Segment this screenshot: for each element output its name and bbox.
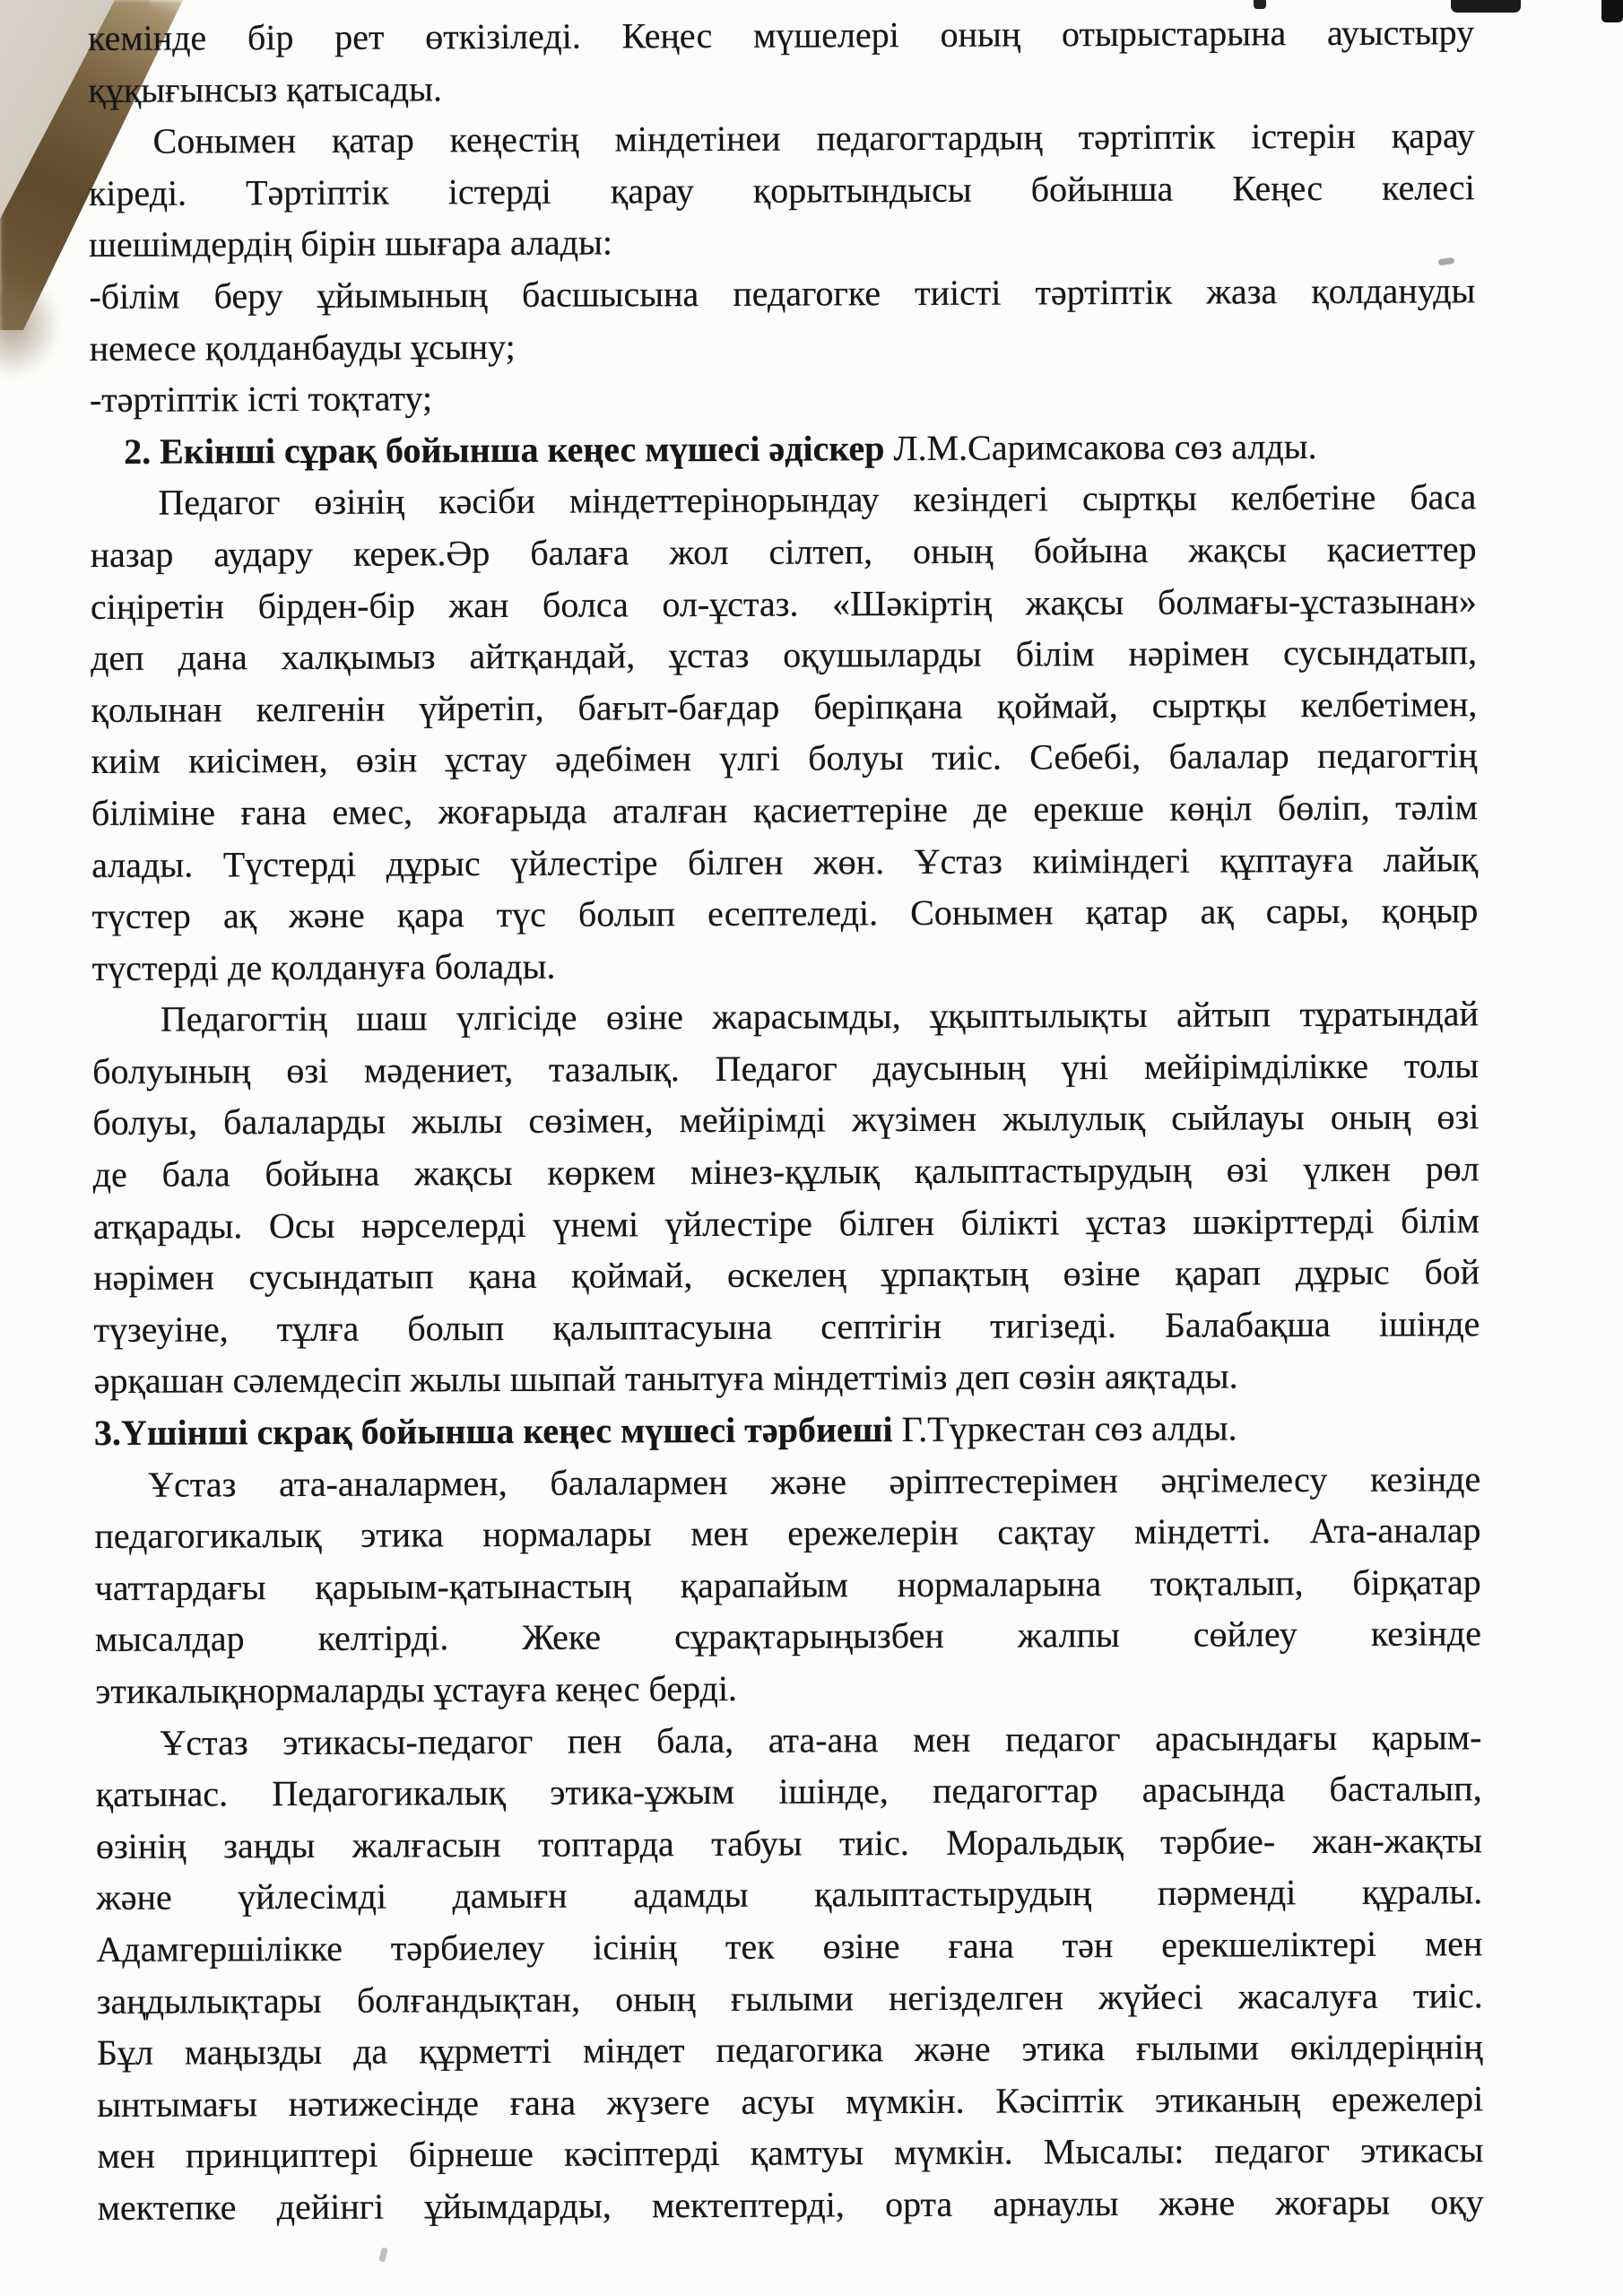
text-line: немесе қолданбауды ұсыну; bbox=[90, 317, 1476, 374]
heading-regular-text: Л.М.Саримсакова сөз алды. bbox=[893, 426, 1316, 468]
text-line: заңдылықтары болғандықтан, оның ғылыми н… bbox=[97, 1970, 1483, 2027]
text-line: чаттардағы қарыым-қатынастың қарапайым н… bbox=[95, 1556, 1481, 1613]
text-line: Адамгершілікке тәрбиелеу ісінің тек өзін… bbox=[96, 1918, 1482, 1975]
heading-line: 2. Екінші сұрақ бойынша кеңес мүшесі әді… bbox=[90, 420, 1476, 477]
text-line: деп дана халқымыз айтқандай, ұстаз оқушы… bbox=[91, 626, 1477, 683]
text-line: назар аудару керек.Әр балаға жол сілтеп,… bbox=[91, 523, 1477, 580]
text-line: мысалдар келтірді. Жеке сұрақтарыңызбен … bbox=[95, 1608, 1481, 1665]
text-line: -тәртіптік істі тоқтату; bbox=[90, 368, 1476, 425]
text-line: мектепке дейінгі ұйымдарды, мектептерді,… bbox=[98, 2176, 1484, 2233]
text-line: -білім беру ұйымының басшысына педагогке… bbox=[89, 265, 1475, 322]
text-line: және үйлесімді дамығн адамды қалыптастыр… bbox=[96, 1866, 1482, 1924]
text-line: кемінде бір рет өткізіледі. Кеңес мүшеле… bbox=[88, 6, 1474, 64]
text-line: Ұстаз этикасы-педагог пен бала, ата-ана … bbox=[95, 1711, 1481, 1769]
text-line: киім киісімен, өзін ұстау әдебімен үлгі … bbox=[91, 730, 1478, 787]
text-line: құқығынсыз қатысады. bbox=[88, 58, 1474, 116]
heading-bold-text: 3.Үшінші скрақ бойынша кеңес мүшесі тәрб… bbox=[94, 1409, 893, 1453]
text-line: Ұстаз ата-аналармен, балалармен және әрі… bbox=[94, 1453, 1480, 1510]
text-line: түстерді де қолдануға болады. bbox=[92, 936, 1479, 994]
text-line: Педагогтің шаш үлгісіде өзіне жарасымды,… bbox=[92, 988, 1479, 1046]
heading-bold-text: 2. Екінші сұрақ бойынша кеңес мүшесі әді… bbox=[124, 428, 884, 472]
text-line: Бұл маңызды да құрметті міндет педагогик… bbox=[97, 2021, 1483, 2078]
text-line: қатынас. Педагогикалық этика-ұжым ішінде… bbox=[96, 1762, 1482, 1820]
scanned-document-page: кемінде бір рет өткізіледі. Кеңес мүшеле… bbox=[0, 0, 1623, 2296]
text-line: түзеуіне, тұлға болып қалыптасуына септі… bbox=[93, 1298, 1480, 1355]
text-line: педагогикалық этика нормалары мен ережел… bbox=[94, 1504, 1480, 1561]
text-line: өзінің заңды жалғасын топтарда табуы тиі… bbox=[96, 1814, 1482, 1872]
scan-artifact-top-corner bbox=[1601, 0, 1623, 22]
text-line: болуы, балаларды жылы сөзімен, мейірімді… bbox=[92, 1091, 1479, 1149]
text-line: қолынан келгенін үйретіп, бағыт-бағдар б… bbox=[91, 678, 1477, 735]
text-line: нәрімен сусындатып қана қоймай, өскелең … bbox=[93, 1246, 1480, 1303]
heading-regular-text: Г.Түркестан сөз алды. bbox=[901, 1407, 1237, 1449]
heading-line: 3.Үшінші скрақ бойынша кеңес мүшесі тәрб… bbox=[94, 1401, 1480, 1458]
text-line: сіңіретін бірден-бір жан болса ол-ұстаз.… bbox=[91, 575, 1477, 632]
document-text: кемінде бір рет өткізіледі. Кеңес мүшеле… bbox=[88, 6, 1484, 2233]
text-line: мен принциптері бірнеше кәсіптерді қамту… bbox=[97, 2125, 1483, 2182]
text-line: болуының өзі мәдениет, тазалық. Педагог … bbox=[92, 1039, 1479, 1097]
text-line: Сонымен қатар кеңестің міндетінеи педаго… bbox=[89, 109, 1475, 167]
text-line: кіреді. Тәртіптік істерді қарау қорытынд… bbox=[89, 161, 1475, 219]
page-edge-smudge bbox=[0, 292, 61, 378]
text-line: біліміне ғана емес, жоғарыда аталған қас… bbox=[91, 781, 1478, 839]
text-line: Педагог өзінің кәсіби міндеттерінорындау… bbox=[90, 472, 1476, 529]
text-line: түстер ақ және қара түс болып есептеледі… bbox=[91, 884, 1478, 942]
text-line: шешімдердің бірін шығара алады: bbox=[89, 213, 1475, 271]
text-line: де бала бойына жақсы көркем мінез-құлық … bbox=[93, 1143, 1480, 1200]
text-line: атқарады. Осы нәрселерді үнемі үйлестіре… bbox=[93, 1195, 1480, 1252]
text-line: ынтымағы нәтижесінде ғана жүзеге асуы мү… bbox=[97, 2073, 1483, 2130]
text-line: алады. Түстерді дұрыс үйлестіре білген ж… bbox=[91, 833, 1478, 891]
text-line: әрқашан сәлемдесіп жылы шыпай танытуға м… bbox=[94, 1350, 1480, 1407]
scan-artifact-speck bbox=[378, 2247, 388, 2262]
text-line: этикалықнормаларды ұстауға кеңес берді. bbox=[95, 1659, 1481, 1717]
